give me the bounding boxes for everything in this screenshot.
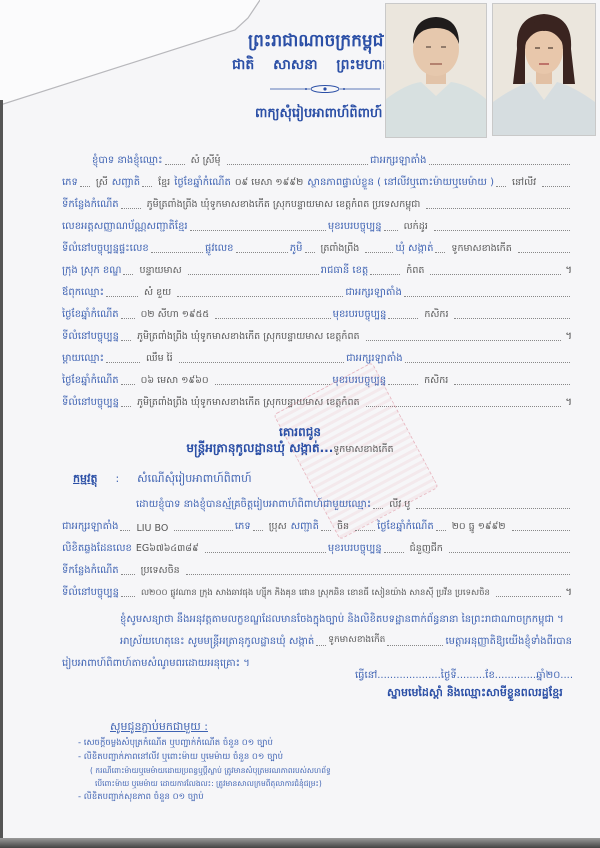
applicant-birthplace-row: ទីកន្លែងកំណើត ភូមិត្រពាំងព្រីង ឃុំទូកមាស… xyxy=(62,196,572,212)
spouse-name-field[interactable]: លីវ បូ xyxy=(385,498,414,512)
date-place-line[interactable]: ធ្វើនៅ....................ថ្ងៃទី........… xyxy=(355,668,573,683)
promise-paragraph: ខ្ញុំសូមសន្យាថា នឹងអនុវត្តតាមលក្ខខណ្ឌដែល… xyxy=(120,612,564,627)
request-paragraph: អាស្រ័យហេតុនេះ សូមមន្ត្រីអត្រានុកូលដ្ឋាន… xyxy=(120,634,572,649)
street-number-field[interactable] xyxy=(236,252,288,253)
father-occupation-field[interactable]: កសិករ xyxy=(420,308,452,322)
father-dob-field[interactable]: ០២ សីហា ១៩៥៥ xyxy=(137,308,213,322)
spouse-details-row: ជាអក្សរឡាតាំង LIU BO ភេទ ប្រុស សញ្ជាតិ ច… xyxy=(62,518,572,534)
spouse-address-field[interactable]: ល២០០ ផ្លូវណាន ក្រុង សាងឆាវផុង ហ្ស៊ីក ភិង… xyxy=(137,588,494,600)
spouse-ethnicity-field[interactable]: ចិន xyxy=(333,520,353,534)
applicant-id-field[interactable] xyxy=(190,230,326,231)
spouse-passport-row: លិខិតឆ្លងដែនលេខ EG៦៧៦៤៣៨៩ មុខរបរបច្ចុប្ប… xyxy=(62,540,572,556)
scan-edge-left xyxy=(0,100,3,840)
applicant-marital-field[interactable]: នៅលីវ xyxy=(508,176,540,190)
applicant-address-row: ទីលំនៅបច្ចុប្បន្នផ្ទះលេខ ផ្លូវលេខ ភូមិ ត… xyxy=(62,240,572,256)
spouse-passport-field[interactable]: EG៦៧៦៤៣៨៩ xyxy=(132,542,203,556)
application-form-page: ព្រះរាជាណាចក្រកម្ពុជា ជាតិ សាសនា ព្រះមហា… xyxy=(0,0,600,840)
applicant-id-row: លេខអត្តសញ្ញាណប័ណ្ណសញ្ជាតិខ្មែរ មុខរបរបច្… xyxy=(62,218,572,234)
recipient-commune-field[interactable]: ទូកមាសខាងកើត xyxy=(333,444,393,455)
mother-dob-row: ថ្ងៃខែឆ្នាំកំណើត ០៦ មេសា ១៩៦០ មុខរបរបច្ច… xyxy=(62,372,572,388)
father-dob-row: ថ្ងៃខែឆ្នាំកំណើត ០២ សីហា ១៩៥៥ មុខរបរបច្ច… xyxy=(62,306,572,322)
spouse-latin-name-field[interactable]: LIU BO xyxy=(132,523,172,534)
groom-photo xyxy=(385,3,487,138)
applicant-occupation-field[interactable]: លក់ដូរ xyxy=(400,220,432,234)
request-paragraph-end: រៀបអាពាហ៍ពិពាហ៍តាមសំណូមពរដោយអនុគ្រោះ ។ xyxy=(62,656,250,671)
attachment-note: ( ករណីពោះម៉ាយឬមេម៉ាយដោយប្រពន្ធឬប្តីស្លាប… xyxy=(90,766,331,777)
attachment-item: - លិខិតបញ្ជាក់ភាពនៅលីវ ឬពោះម៉ាយ ឬមេម៉ាយ … xyxy=(78,752,283,764)
applicant-province-field[interactable]: កំពត xyxy=(402,264,428,278)
request-commune-field[interactable]: ទូកមាសខាងកើត xyxy=(328,634,385,649)
applicant-district-field[interactable]: បន្ទាយមាស xyxy=(135,264,185,278)
spouse-dob-field[interactable]: ២០ ធ្នូ ១៩៩២ xyxy=(448,520,510,534)
scan-edge-bottom xyxy=(0,838,600,848)
father-name-field[interactable]: សំ ខួយ xyxy=(140,286,175,300)
national-motto: ជាតិ សាសនា ព្រះមហាក្សត្រ xyxy=(232,55,384,76)
attachment-item: - លិខិតបញ្ជាក់សុខភាព ចំនួន ០១ ច្បាប់ xyxy=(78,792,204,804)
subject-line: កម្មវត្ថុ : សំណើសុំរៀបអាពាហ៍ពិពាហ៍ xyxy=(73,472,252,488)
applicant-birthplace-field[interactable]: ភូមិត្រពាំងព្រីង ឃុំទូកមាសខាងកើត ស្រុកបន… xyxy=(143,198,425,212)
applicant-dob-field[interactable]: ០៩ មេសា ១៩៩២ xyxy=(231,176,307,190)
attachment-item: - សេចក្តីចម្លងសំបុត្រកំណើត ឬបញ្ជាក់កំណើត… xyxy=(78,738,273,750)
attachments-title: សូមជូនភ្ជាប់មកជាមួយ : xyxy=(110,720,208,736)
applicant-commune-field[interactable]: ទូកមាសខាងកើត xyxy=(447,242,515,256)
spouse-intro-row: ដោយខ្ញុំបាទ នាងខ្ញុំបានស្ម័គ្រចិត្តរៀបអា… xyxy=(136,496,572,512)
applicant-sex-field[interactable]: ស្រី xyxy=(92,176,112,190)
kingdom-heading: ព្រះរាជាណាចក្រកម្ពុជា xyxy=(248,30,384,55)
spouse-address-row: ទីលំនៅបច្ចុប្បន្ន ល២០០ ផ្លូវណាន ក្រុង សា… xyxy=(62,584,572,600)
applicant-village-field[interactable]: ត្រពាំងព្រីង xyxy=(317,242,364,256)
mother-occupation-field[interactable]: កសិករ xyxy=(420,374,452,388)
mother-name-field[interactable]: ឈឹម រ៉ៃ xyxy=(142,352,177,366)
father-address-row: ទីលំនៅបច្ចុប្បន្ន ភូមិត្រពាំងព្រីង ឃុំទូ… xyxy=(62,328,572,344)
applicant-name-field[interactable]: សំ ស្រីមុំ xyxy=(187,154,225,168)
spouse-birthplace-field[interactable]: ប្រទេសចិន xyxy=(137,564,184,578)
fold-crease xyxy=(0,0,260,110)
spouse-occupation-field[interactable]: ជំនួញជីក xyxy=(406,542,447,556)
bride-photo xyxy=(492,3,596,136)
mother-name-row: ម្តាយឈ្មោះ ឈឹម រ៉ៃ ជាអក្សរឡាតាំង xyxy=(62,350,572,366)
applicant-ethnicity-field[interactable]: ខ្មែរ xyxy=(154,176,174,190)
father-address-field[interactable]: ភូមិត្រពាំងព្រីង ឃុំទូកមាសខាងកើត ស្រុកបន… xyxy=(133,330,364,344)
officer-heading: មន្ត្រីអត្រានុកូលដ្ឋានឃុំ សង្កាត់...ទូកម… xyxy=(0,440,590,458)
applicant-details-row: ភេទ ស្រី សញ្ជាតិ ខ្មែរ ថ្ងៃខែឆ្នាំកំណើត … xyxy=(62,174,572,190)
spouse-birthplace-row: ទីកន្លែងកំណើត ប្រទេសចិន xyxy=(62,562,572,578)
father-name-row: ឪពុកឈ្មោះ សំ ខួយ ជាអក្សរឡាតាំង xyxy=(62,284,572,300)
applicant-name-row: ខ្ញុំបាទ នាងខ្ញុំឈ្មោះ សំ ស្រីមុំ ជាអក្ស… xyxy=(92,152,572,168)
ornament-divider xyxy=(270,84,380,94)
form-title: ពាក្យសុំរៀបអាពាហ៍ពិពាហ៍ xyxy=(255,105,382,124)
house-number-field[interactable] xyxy=(151,252,203,253)
mother-dob-field[interactable]: ០៦ មេសា ១៩៦០ xyxy=(137,374,213,388)
spouse-sex-field[interactable]: ប្រុស xyxy=(265,520,291,534)
signature-label: ស្នាមមេដៃស្តាំ និងឈ្មោះសាមីខ្លួនពលរដ្ឋខ្… xyxy=(387,686,563,702)
applicant-district-row: ក្រុង ស្រុក ខណ្ឌ បន្ទាយមាស រាជធានី ខេត្ត… xyxy=(62,262,572,278)
attachment-note: បើពោះម៉ាយ ឬមេម៉ាយ ដោយការលែងលះ: ត្រូវមានស… xyxy=(95,779,322,790)
